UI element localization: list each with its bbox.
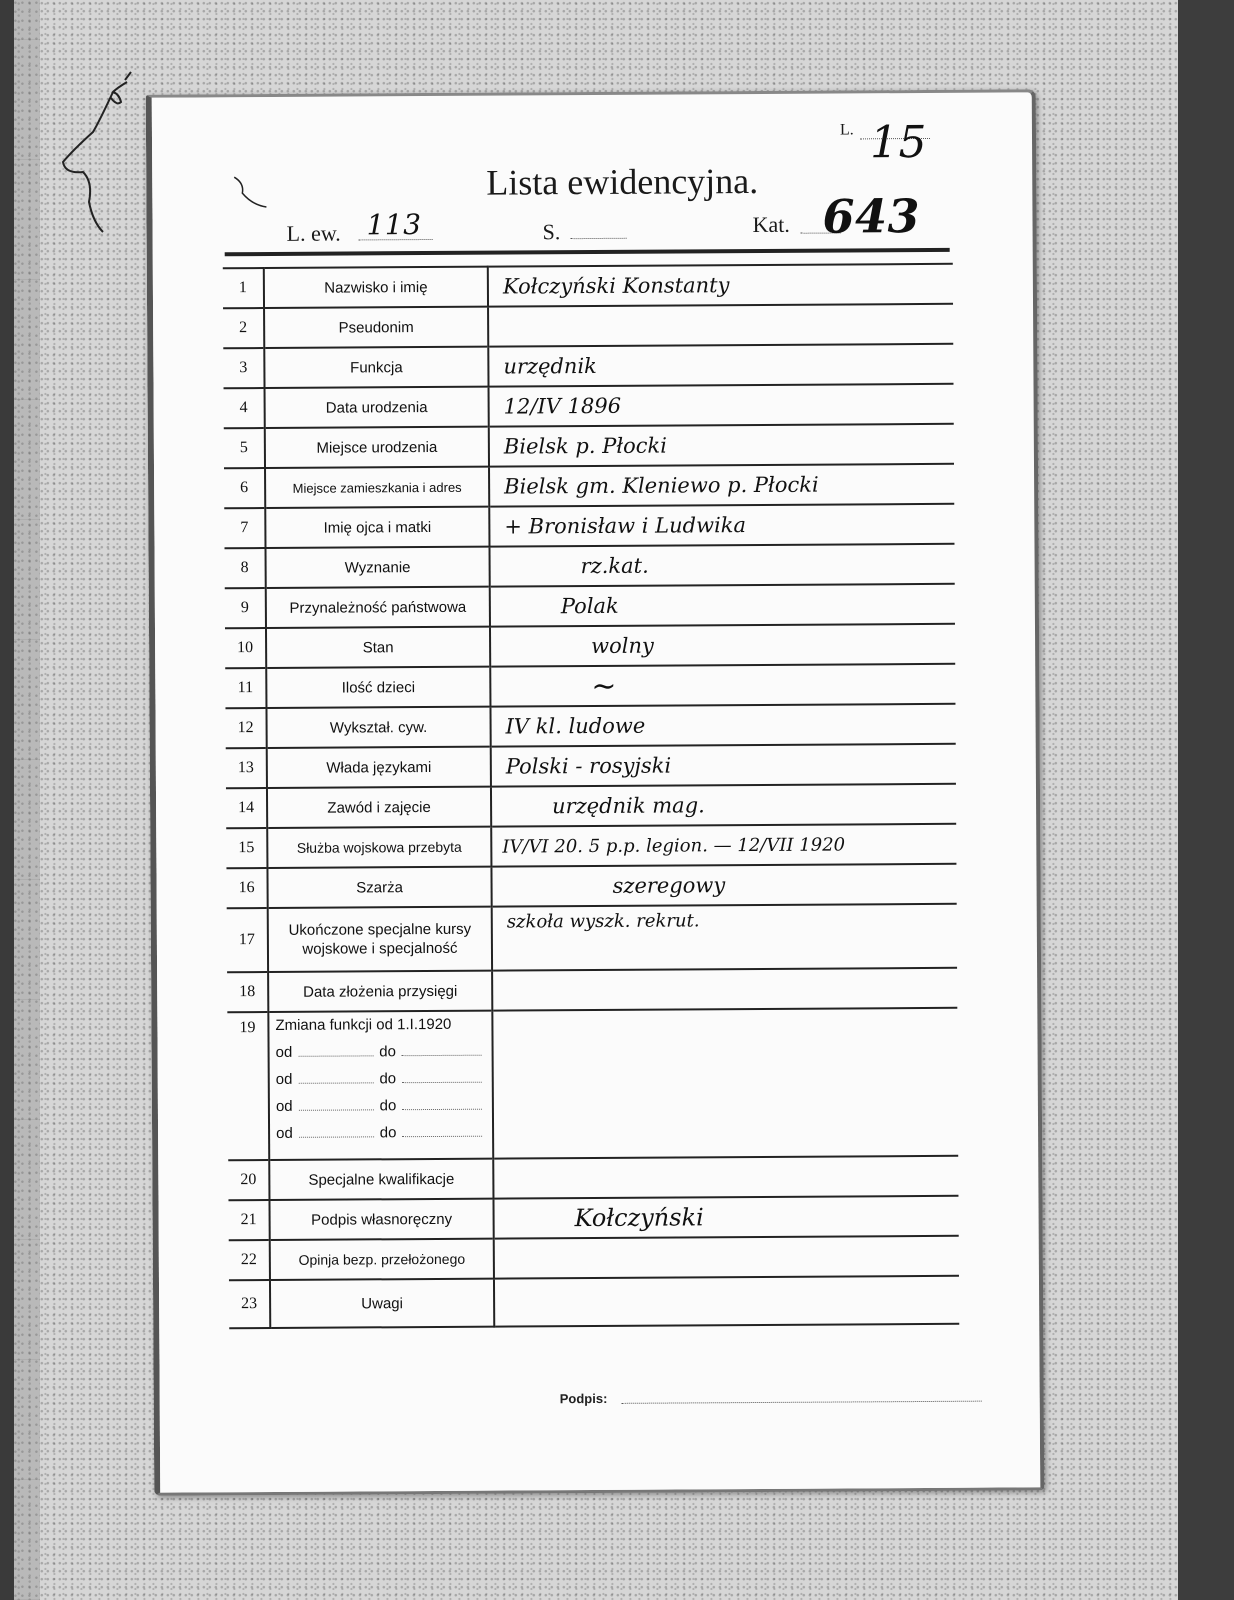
table-row: 21 Podpis własnoręczny Kołczyński	[228, 1196, 958, 1240]
row-number: 19	[227, 1012, 269, 1160]
row-value-pseudonym[interactable]	[488, 304, 953, 347]
row-label: Wykształ. cyw.	[266, 707, 490, 748]
row-number: 17	[227, 908, 268, 972]
row-label: Ukończone specjalne kursy wojskowe i spe…	[268, 907, 492, 972]
od-field[interactable]	[299, 1136, 374, 1137]
row-value-birth-place[interactable]: Bielsk p. Płocki	[489, 424, 954, 467]
table-row: 4 Data urodzenia 12/IV 1896	[224, 384, 954, 428]
row-value-marital-status[interactable]: wolny	[490, 624, 955, 667]
row-value-name[interactable]: Kołczyński Konstanty	[488, 264, 953, 307]
row-value-address[interactable]: Bielsk gm. Kleniewo p. Płocki	[489, 464, 954, 507]
footer-signature-field[interactable]	[622, 1401, 982, 1404]
document-title: Lista ewidencyjna.	[422, 160, 822, 204]
row-value-supervisor-opinion[interactable]	[494, 1236, 959, 1279]
row-value-birth-date[interactable]: 12/IV 1896	[489, 384, 954, 427]
row-number: 1	[223, 268, 264, 308]
table-row: 7 Imię ojca i matki + Bronisław i Ludwik…	[224, 504, 954, 548]
row-label: Podpis własnoręczny	[269, 1199, 493, 1240]
do-label: do	[380, 1124, 397, 1141]
table-row: 18 Data złożenia przysięgi	[227, 968, 957, 1012]
row-number: 8	[225, 548, 266, 588]
do-label: do	[379, 1043, 396, 1060]
row-label: Stan	[266, 627, 490, 668]
row-label: Data urodzenia	[265, 387, 489, 428]
od-field[interactable]	[298, 1055, 373, 1056]
row-number: 15	[226, 828, 267, 868]
row-number: 6	[224, 468, 265, 508]
row-label-line-1: Ukończone specjalne kursy	[288, 921, 471, 939]
row-value-occupation[interactable]: urzędnik mag.	[491, 784, 956, 827]
row-number: 13	[226, 748, 267, 788]
table-row: 3 Funkcja urzędnik	[223, 344, 953, 388]
od-label: od	[276, 1044, 293, 1061]
od-do-line[interactable]: oddo	[269, 1033, 491, 1061]
row-label: Włada językami	[267, 747, 491, 788]
row-number: 5	[224, 428, 265, 468]
footer-signature-label: Podpis:	[560, 1391, 608, 1406]
table-row: 20 Specjalne kwalifikacje	[228, 1156, 958, 1200]
table-row: 6 Miejsce zamieszkania i adres Bielsk gm…	[224, 464, 954, 508]
row-label: Przynależność państwowa	[266, 587, 490, 628]
record-table: 1 Nazwisko i imię Kołczyński Konstanty 2…	[223, 263, 959, 1329]
form-sheet: Lista ewidencyjna. L. 15 L. ew. 113 S. K…	[146, 89, 1045, 1495]
row-label: Zawód i zajęcie	[267, 787, 491, 828]
table-row: 23 Uwagi	[229, 1276, 959, 1328]
row-number: 11	[225, 668, 266, 708]
row-label-function-change: Zmiana funkcji od 1.I.1920 oddo oddo odd…	[268, 1011, 493, 1160]
row-value-languages[interactable]: Polski - rosyjski	[491, 744, 956, 787]
row-label: Funkcja	[264, 347, 488, 388]
row-number: 3	[223, 348, 264, 388]
table-row: 9 Przynależność państwowa Polak	[225, 584, 955, 628]
row-number: 12	[225, 708, 266, 748]
row-label: Uwagi	[270, 1279, 494, 1328]
row-label: Miejsce urodzenia	[265, 427, 489, 468]
table-row: 13 Włada językami Polski - rosyjski	[226, 744, 956, 788]
s-label: S.	[542, 219, 560, 245]
row-label: Miejsce zamieszkania i adres	[265, 467, 489, 508]
s-field-line[interactable]	[571, 237, 627, 239]
row-number: 21	[228, 1200, 269, 1240]
row-label: Ilość dzieci	[266, 667, 490, 708]
table-row: 5 Miejsce urodzenia Bielsk p. Płocki	[224, 424, 954, 468]
table-row: 12 Wykształ. cyw. IV kl. ludowe	[225, 704, 955, 748]
row-value-religion[interactable]: rz.kat.	[489, 544, 954, 587]
l-label: L.	[840, 121, 854, 139]
row-value-oath-date[interactable]	[492, 968, 957, 1011]
od-do-line[interactable]: oddo	[270, 1114, 492, 1142]
l-field-value[interactable]: 15	[870, 117, 927, 168]
row-value-function[interactable]: urzędnik	[488, 344, 953, 387]
od-label: od	[276, 1098, 293, 1115]
do-field[interactable]	[402, 1109, 482, 1110]
table-row: 15 Służba wojskowa przebyta IV/VI 20. 5 …	[226, 824, 956, 868]
stray-ink-scribble-icon	[55, 70, 145, 240]
od-label: od	[276, 1071, 293, 1088]
row-number: 16	[226, 868, 267, 908]
od-label: od	[276, 1125, 293, 1142]
row-label: Pseudonim	[264, 307, 488, 348]
row-value-military-service[interactable]: IV/VI 20. 5 p.p. legion. — 12/VII 1920	[491, 824, 956, 867]
table-row: 11 Ilość dzieci ~	[225, 664, 955, 708]
table-row: 2 Pseudonim	[223, 304, 953, 348]
do-field[interactable]	[402, 1082, 482, 1083]
row-value-remarks[interactable]	[494, 1276, 959, 1327]
scan-edge-right	[1178, 0, 1234, 1600]
row-label: Szarża	[267, 867, 491, 908]
kat-label: Kat.	[752, 212, 789, 238]
row-value-function-change[interactable]	[492, 1008, 958, 1159]
row-number: 10	[225, 628, 266, 668]
row-label: Wyznanie	[266, 547, 490, 588]
row-value-rank[interactable]: szeregowy	[491, 864, 956, 907]
scan-edge-left	[0, 0, 14, 1600]
kat-field-value[interactable]: 643	[822, 189, 920, 244]
row-label: Nazwisko i imię	[264, 267, 488, 308]
table-row: 1 Nazwisko i imię Kołczyński Konstanty	[223, 264, 953, 308]
row-value-citizenship[interactable]: Polak	[490, 584, 955, 627]
do-label: do	[379, 1070, 396, 1087]
table-row: 8 Wyznanie rz.kat.	[225, 544, 955, 588]
row-label: Opinja bezp. przełożonego	[270, 1239, 494, 1280]
row-number: 2	[223, 308, 264, 348]
row-label: Zmiana funkcji od 1.I.1920	[269, 1012, 491, 1034]
row-number: 4	[224, 388, 265, 428]
row-value-education[interactable]: IV kl. ludowe	[490, 704, 955, 747]
table-row: 22 Opinja bezp. przełożonego	[229, 1236, 959, 1280]
row-label: Służba wojskowa przebyta	[267, 827, 491, 868]
row-number: 20	[228, 1160, 269, 1200]
row-number: 9	[225, 588, 266, 628]
od-field[interactable]	[298, 1082, 373, 1083]
row-value-parents[interactable]: + Bronisław i Ludwika	[489, 504, 954, 547]
row-number: 7	[224, 508, 265, 548]
table-row: 19 Zmiana funkcji od 1.I.1920 oddo oddo …	[227, 1008, 958, 1160]
do-label: do	[380, 1097, 397, 1114]
header-rule	[225, 248, 950, 256]
table-row: 17 Ukończone specjalne kursy wojskowe i …	[227, 904, 957, 972]
row-number: 14	[226, 788, 267, 828]
od-do-line[interactable]: oddo	[270, 1060, 492, 1088]
lew-field-value[interactable]: 113	[366, 208, 421, 241]
row-number: 22	[229, 1240, 270, 1280]
od-field[interactable]	[299, 1109, 374, 1110]
row-label: Imię ojca i matki	[265, 507, 489, 548]
table-row: 14 Zawód i zajęcie urzędnik mag.	[226, 784, 956, 828]
do-field[interactable]	[402, 1136, 482, 1137]
row-value-signature[interactable]: Kołczyński	[493, 1196, 958, 1239]
row-value-courses[interactable]: szkoła wyszk. rekrut.	[492, 904, 957, 971]
table-row: 16 Szarża szeregowy	[226, 864, 956, 908]
do-field[interactable]	[402, 1055, 482, 1056]
row-number: 23	[229, 1280, 270, 1328]
row-label: Data złożenia przysięgi	[268, 971, 492, 1012]
stray-mark-icon	[232, 175, 272, 215]
row-label-line-2: wojskowe i specjalność	[302, 940, 457, 958]
lew-label: L. ew.	[287, 221, 341, 247]
row-label: Specjalne kwalifikacje	[269, 1159, 493, 1200]
od-do-line[interactable]: oddo	[270, 1087, 492, 1115]
table-row: 10 Stan wolny	[225, 624, 955, 668]
row-value-qualifications[interactable]	[493, 1156, 958, 1199]
row-value-children[interactable]: ~	[490, 664, 955, 707]
row-number: 18	[227, 972, 268, 1012]
